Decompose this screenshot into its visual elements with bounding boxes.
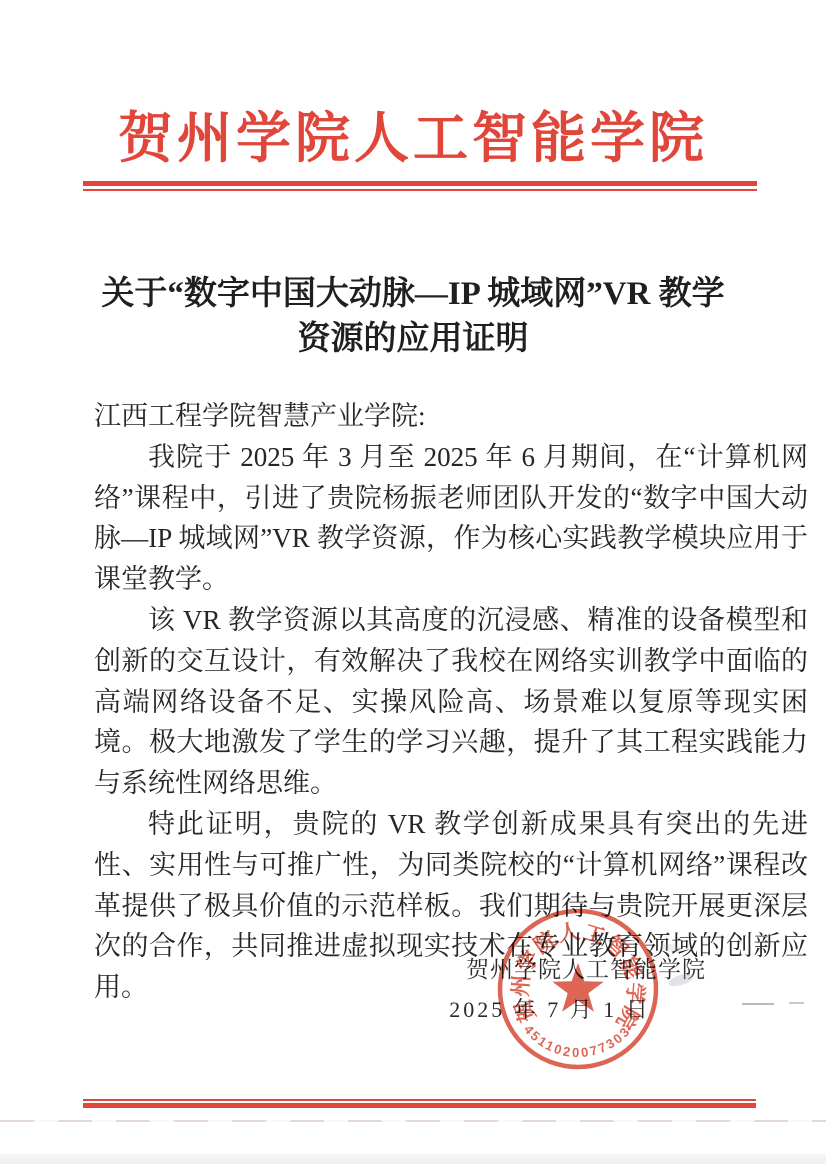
scan-artifact-faint-line	[0, 1120, 826, 1122]
letterhead-rule-thin	[83, 189, 757, 191]
document-body: 江西工程学院智慧产业学院: 我院于 2025 年 3 月至 2025 年 6 月…	[94, 396, 808, 1008]
letterhead-org-name: 贺州学院人工智能学院	[0, 106, 826, 172]
document-title: 关于“数字中国大动脉—IP 城域网”VR 教学 资源的应用证明	[63, 272, 763, 362]
scan-artifact-dash	[742, 1003, 774, 1005]
footer-rule-thin	[83, 1099, 756, 1101]
paragraph-1: 我院于 2025 年 3 月至 2025 年 6 月期间，在“计算机网络”课程中…	[94, 437, 808, 600]
document-title-line2: 资源的应用证明	[63, 317, 763, 362]
salutation: 江西工程学院智慧产业学院:	[94, 396, 808, 437]
document-title-line1: 关于“数字中国大动脉—IP 城域网”VR 教学	[63, 272, 763, 317]
official-seal: 贺州学院人工智能学院 4511020077303	[478, 889, 678, 1089]
letterhead-rule-thick	[83, 181, 757, 186]
document-page: { "doc": { "letterhead": { "org_name": "…	[0, 0, 826, 1164]
scan-artifact-bottom-band	[0, 1154, 826, 1164]
seal-star-icon	[552, 963, 603, 1012]
scan-artifact-dash-small	[789, 1002, 804, 1004]
paragraph-2: 该 VR 教学资源以其高度的沉浸感、精准的设备模型和创新的交互设计，有效解决了我…	[94, 600, 808, 804]
footer-rule-thick	[83, 1103, 756, 1108]
